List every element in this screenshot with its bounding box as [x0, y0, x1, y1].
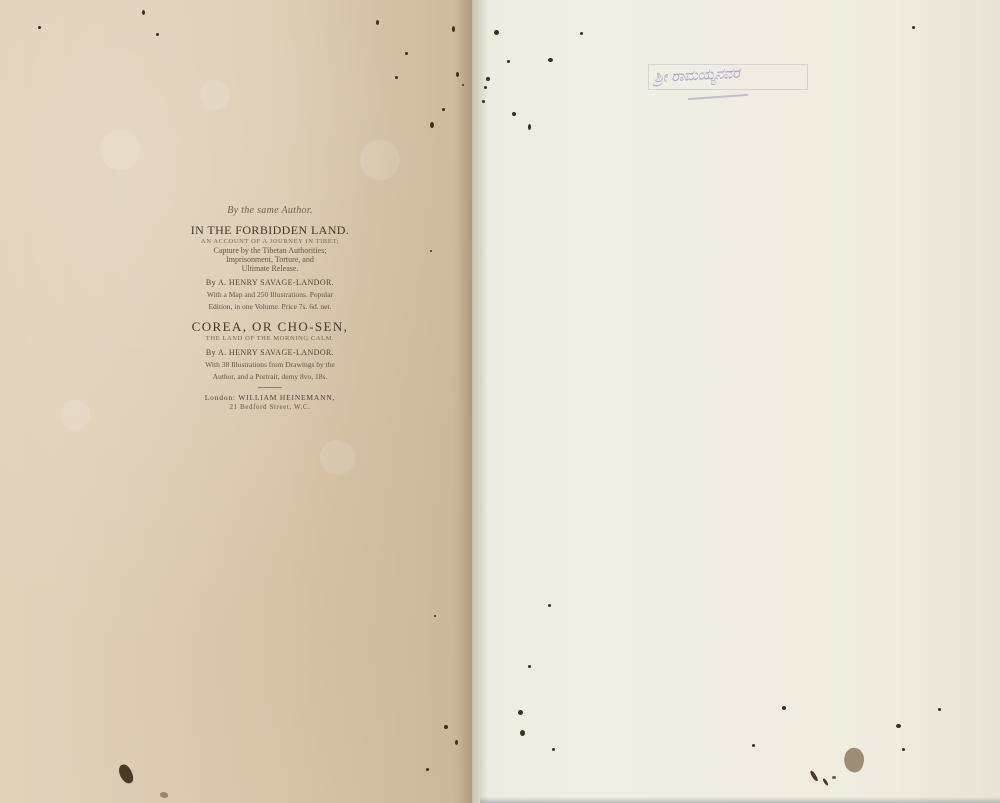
foxing-spot	[405, 52, 408, 55]
foxing-spot	[552, 748, 555, 751]
foxing-spot	[426, 768, 429, 771]
book-details-line: Edition, in one Volume. Price 7s. 6d. ne…	[160, 303, 380, 312]
foxing-spot	[494, 30, 499, 35]
book-description-line: Imprisonment, Torture, and	[160, 255, 380, 264]
foxing-spot	[142, 10, 145, 15]
foxing-spot	[580, 32, 583, 35]
owner-stamp: ಶ್ರೀ ರಾಮಯ್ಯನವರ	[648, 60, 813, 102]
foxing-spot	[376, 20, 379, 25]
foxing-spot	[938, 708, 941, 711]
advertisement-block: By the same Author. IN THE FORBIDDEN LAN…	[160, 205, 380, 412]
book-author: By A. HENRY SAVAGE-LANDOR.	[160, 348, 380, 358]
paper-blot	[100, 130, 140, 170]
stamp-underline	[688, 94, 748, 100]
ink-stain	[809, 770, 818, 782]
foxing-spot	[528, 665, 531, 668]
paper-blot	[360, 140, 400, 180]
book-title-corea: COREA, OR CHO-SEN,	[160, 320, 380, 334]
foxing-spot	[548, 58, 553, 62]
foxing-spot	[156, 33, 159, 36]
foxing-spot	[902, 748, 905, 751]
foxing-spot	[507, 60, 510, 63]
foxing-spot	[512, 112, 516, 116]
foxing-spot	[518, 710, 523, 715]
foxing-spot	[912, 26, 915, 29]
publisher-address: 21 Bedford Street, W.C.	[160, 403, 380, 412]
foxing-spot	[520, 730, 525, 736]
foxing-spot	[434, 615, 436, 617]
book-description-line: Ultimate Release.	[160, 264, 380, 273]
foxing-spot	[395, 76, 398, 79]
ink-stain	[822, 778, 829, 786]
page-bottom-edge	[480, 797, 1000, 803]
foxing-spot	[38, 26, 41, 29]
paper-blot	[200, 80, 230, 110]
ink-stain	[160, 792, 168, 798]
foxing-spot	[430, 250, 432, 252]
paper-blot	[320, 440, 355, 475]
foxing-spot	[442, 108, 445, 111]
book-title-forbidden-land: IN THE FORBIDDEN LAND.	[160, 223, 380, 237]
foxing-spot	[430, 122, 434, 128]
foxing-spot	[752, 744, 755, 747]
divider-rule	[258, 387, 282, 388]
left-page: By the same Author. IN THE FORBIDDEN LAN…	[0, 0, 472, 803]
foxing-spot	[452, 26, 455, 32]
foxing-spot	[782, 706, 786, 710]
paper-blot	[60, 400, 90, 430]
foxing-spot	[548, 604, 551, 607]
book-gutter	[458, 0, 488, 803]
publisher-line: London: WILLIAM HEINEMANN,	[160, 393, 380, 403]
book-subtitle: The Land of the Morning Calm.	[160, 334, 380, 343]
book-author: By A. HENRY SAVAGE-LANDOR.	[160, 278, 380, 288]
ink-stain	[841, 746, 867, 774]
foxing-spot	[896, 724, 901, 728]
foxing-spot	[528, 124, 531, 130]
book-spread: By the same Author. IN THE FORBIDDEN LAN…	[0, 0, 1000, 803]
foxing-spot	[444, 725, 448, 729]
book-subtitle: An Account of a Journey in Tibet;	[160, 237, 380, 246]
book-details-line: With 38 Illustrations from Drawings by t…	[160, 361, 380, 370]
book-details-line: Author, and a Portrait, demy 8vo, 18s.	[160, 373, 380, 382]
book-details-line: With a Map and 250 Illustrations. Popula…	[160, 291, 380, 300]
book-description-line: Capture by the Tibetan Authorities;	[160, 246, 380, 255]
by-same-author-heading: By the same Author.	[160, 205, 380, 216]
right-page	[472, 0, 1000, 803]
foxing-spot	[832, 776, 836, 779]
ink-stain	[117, 763, 135, 786]
